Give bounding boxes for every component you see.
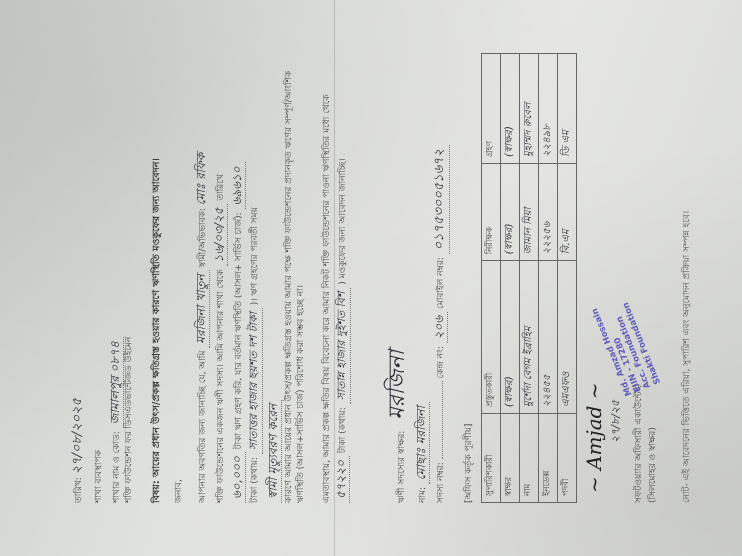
officer-signature: ~ Amjad ~ <box>581 382 608 493</box>
office-row-label: ইনডেক্স <box>539 414 558 503</box>
loan-balance: ৬৯৬১০ <box>229 163 246 210</box>
application-form-page: তারিখ: ২৭/০৮/২০২৫ শাখা ব্যবস্থাপক শাখার … <box>21 13 721 543</box>
body-line-2: শক্তি ফাউন্ডেশনের একজন ঋণী সদস্য। আমি আপ… <box>211 174 228 503</box>
body-text: )। ঋণ গ্রহণের পরবর্তী সময় <box>250 207 260 305</box>
office-column-header: গ্রহণ <box>482 54 501 164</box>
office-row-label: পদবী <box>558 414 577 503</box>
office-table-row: পদবীএমএফওবি.এমডি এম <box>558 54 577 503</box>
recipient-title: শাখা ব্যবস্থাপক <box>93 450 105 503</box>
body-text: ) মওকুফের জন্য আবেদন জানাচ্ছি। <box>338 159 348 285</box>
mobile-label: মোবাইল নম্বর: <box>436 257 446 309</box>
branch-line: শাখার নাম ও কোড: জামালপুর ০৮৭৪ <box>107 337 124 503</box>
body-text: তারিখে <box>216 174 226 200</box>
body-line-3: ৬০,০০০ টাকা ঋণ গ্রহণ করি, যার বর্তমান ঋণ… <box>229 163 246 504</box>
office-cell: (স্বাক্ষর) <box>501 261 520 414</box>
office-column-header: প্রস্তুতকারী <box>482 261 501 414</box>
officer-date: ২৭/৮/২৫ <box>609 400 624 443</box>
guardian-name: মোঃ রফিক <box>194 153 208 205</box>
office-cell: জামান মিয়া <box>520 163 539 260</box>
name-label: নাম: <box>418 487 428 503</box>
officer-subtitle: (সিলমোহর ও স্বাক্ষর) <box>647 427 659 503</box>
loan-date: ১৬/০৩/২৫ <box>211 204 228 267</box>
office-cell: মুহাম্মদ রুবেল <box>520 54 539 164</box>
waiver-amount: ৫৭২২০ <box>333 456 350 503</box>
date-value: ২৭/০৮/২০২৫ <box>70 398 85 474</box>
footer-note: নোট- এই আবেদনের ভিত্তিতে এরিয়া, সুপারিশ… <box>681 211 693 503</box>
mobile-number: ০১৭৫৩০০৫১৬৭২ <box>431 145 450 254</box>
office-column-header: নিরীক্ষক <box>482 163 501 260</box>
office-cell: ২২২৫৬ <box>539 163 558 260</box>
office-cell: (স্বাক্ষর) <box>501 163 520 260</box>
member-name-line: নাম: মোছাঃ মরজিনা <box>413 402 430 503</box>
loan-amount: ৬০,০০০ <box>229 452 246 503</box>
office-heading: [অফিস কর্তৃক পূরণীয়] <box>463 424 475 503</box>
member-no-label: সদস্য নম্বর: <box>436 462 446 503</box>
applicant-name: মরজিনা খাতুন <box>193 270 210 347</box>
office-cell: বি.এম <box>558 163 577 260</box>
date-line: তারিখ: ২৭/০৮/২০২৫ <box>69 398 87 503</box>
body-text: আপনার অবগতির জন্য জানাচ্ছি যে, আমি <box>198 351 208 503</box>
date-label: তারিখ: <box>74 477 84 503</box>
body-text: টাকা ঋণ গ্রহণ করি, যার বর্তমান ঋণস্থিতি … <box>234 212 244 449</box>
office-cell: ২২৪৯৮ <box>539 54 558 164</box>
office-cell: ২২৪৫৫ <box>539 261 558 414</box>
office-table: সুপারিশকারীপ্রস্তুতকারীনিরীক্ষকগ্রহণস্বা… <box>481 53 577 503</box>
office-table-row: নামমুর্শেদা বেগম ইব্রাহিমজামান মিয়ামুহা… <box>520 54 539 503</box>
office-cell: (স্বাক্ষর) <box>501 54 520 164</box>
office-table-row: স্বাক্ষর(স্বাক্ষর)(স্বাক্ষর)(স্বাক্ষর) <box>501 54 520 503</box>
member-name: মোছাঃ মরজিনা <box>413 402 430 484</box>
center-no-label: কেন্দ্র নং: <box>436 346 446 378</box>
office-table-header: সুপারিশকারীপ্রস্তুতকারীনিরীক্ষকগ্রহণ <box>482 54 501 503</box>
body-line-4: টাকা (কথায়: সাতাত্তর হাজার ছয়শত দশ টাক… <box>247 207 263 503</box>
body-text: স্বামী/অভিভাবক: <box>198 208 208 267</box>
branch-value: জামালপুর ০৮৭৪ <box>107 337 124 428</box>
body-text: টাকা (কথায়: <box>338 407 348 453</box>
office-cell: ডি এম <box>558 54 577 164</box>
subject-line: বিষয়: আয়ের প্রধান উৎস/প্রকল্প ক্ষতিগ্র… <box>151 158 164 503</box>
body-line-1: আপনার অবগতির জন্য জানাচ্ছি যে, আমি মরজিন… <box>193 153 210 503</box>
balance-in-words: সাতাত্তর হাজার ছয়শত দশ টাকা <box>247 308 263 454</box>
waiver-in-words: সাতান্ন হাজার দুইশত বিশ <box>335 288 351 405</box>
office-table-row: ইনডেক্স২২৪৫৫২২২৫৬২২৪৯৮ <box>539 54 558 503</box>
office-row-label: স্বাক্ষর <box>501 414 520 503</box>
branch-label: শাখার নাম ও কোড: <box>112 431 122 503</box>
office-cell: এমএফও <box>558 261 577 414</box>
body-line-6: কারণে আমার আয়ের প্রধান উৎস/প্রকল্প ক্ষত… <box>283 53 307 503</box>
office-row-label: নাম <box>520 414 539 503</box>
member-no-blank <box>442 381 443 459</box>
body-text: এমতাবস্থায়, আমার প্রকল্প ক্ষতির বিষয় ব… <box>322 94 332 503</box>
office-column-header: সুপারিশকারী <box>482 414 501 503</box>
organization-name: শক্তি ফাউন্ডেশন ফর ডিসএডভান্টেজড উইমেন <box>123 337 135 503</box>
loss-reason: স্বামী মৃত্যুবরণ করেন <box>265 400 282 503</box>
body-line-5: স্বামী মৃত্যুবরণ করেন <box>265 400 282 503</box>
officer-title: সফটওয়্যার অফিসারী একাউন্টেন্ট <box>633 384 645 503</box>
member-signature: মরজিনা <box>385 350 410 420</box>
center-no: ২০৬ <box>431 312 448 343</box>
body-text: শক্তি ফাউন্ডেশনের একজন ঋণী সদস্য। আমি আপ… <box>216 269 226 503</box>
member-ids-line: সদস্য নম্বর: কেন্দ্র নং: ২০৬ মোবাইল নম্ব… <box>431 145 450 503</box>
office-cell: মুর্শেদা বেগম ইব্রাহিম <box>520 261 539 414</box>
body-p2: এমতাবস্থায়, আমার প্রকল্প ক্ষতির বিষয় ব… <box>321 53 351 503</box>
salutation: জনাব, <box>173 479 185 503</box>
member-signature-label: ঋণী সদস্যের স্বাক্ষর: <box>397 431 407 503</box>
body-text: টাকা (কথায়: <box>250 457 260 503</box>
member-signature-line: ঋণী সদস্যের স্বাক্ষর: মরজিনা <box>383 350 413 503</box>
